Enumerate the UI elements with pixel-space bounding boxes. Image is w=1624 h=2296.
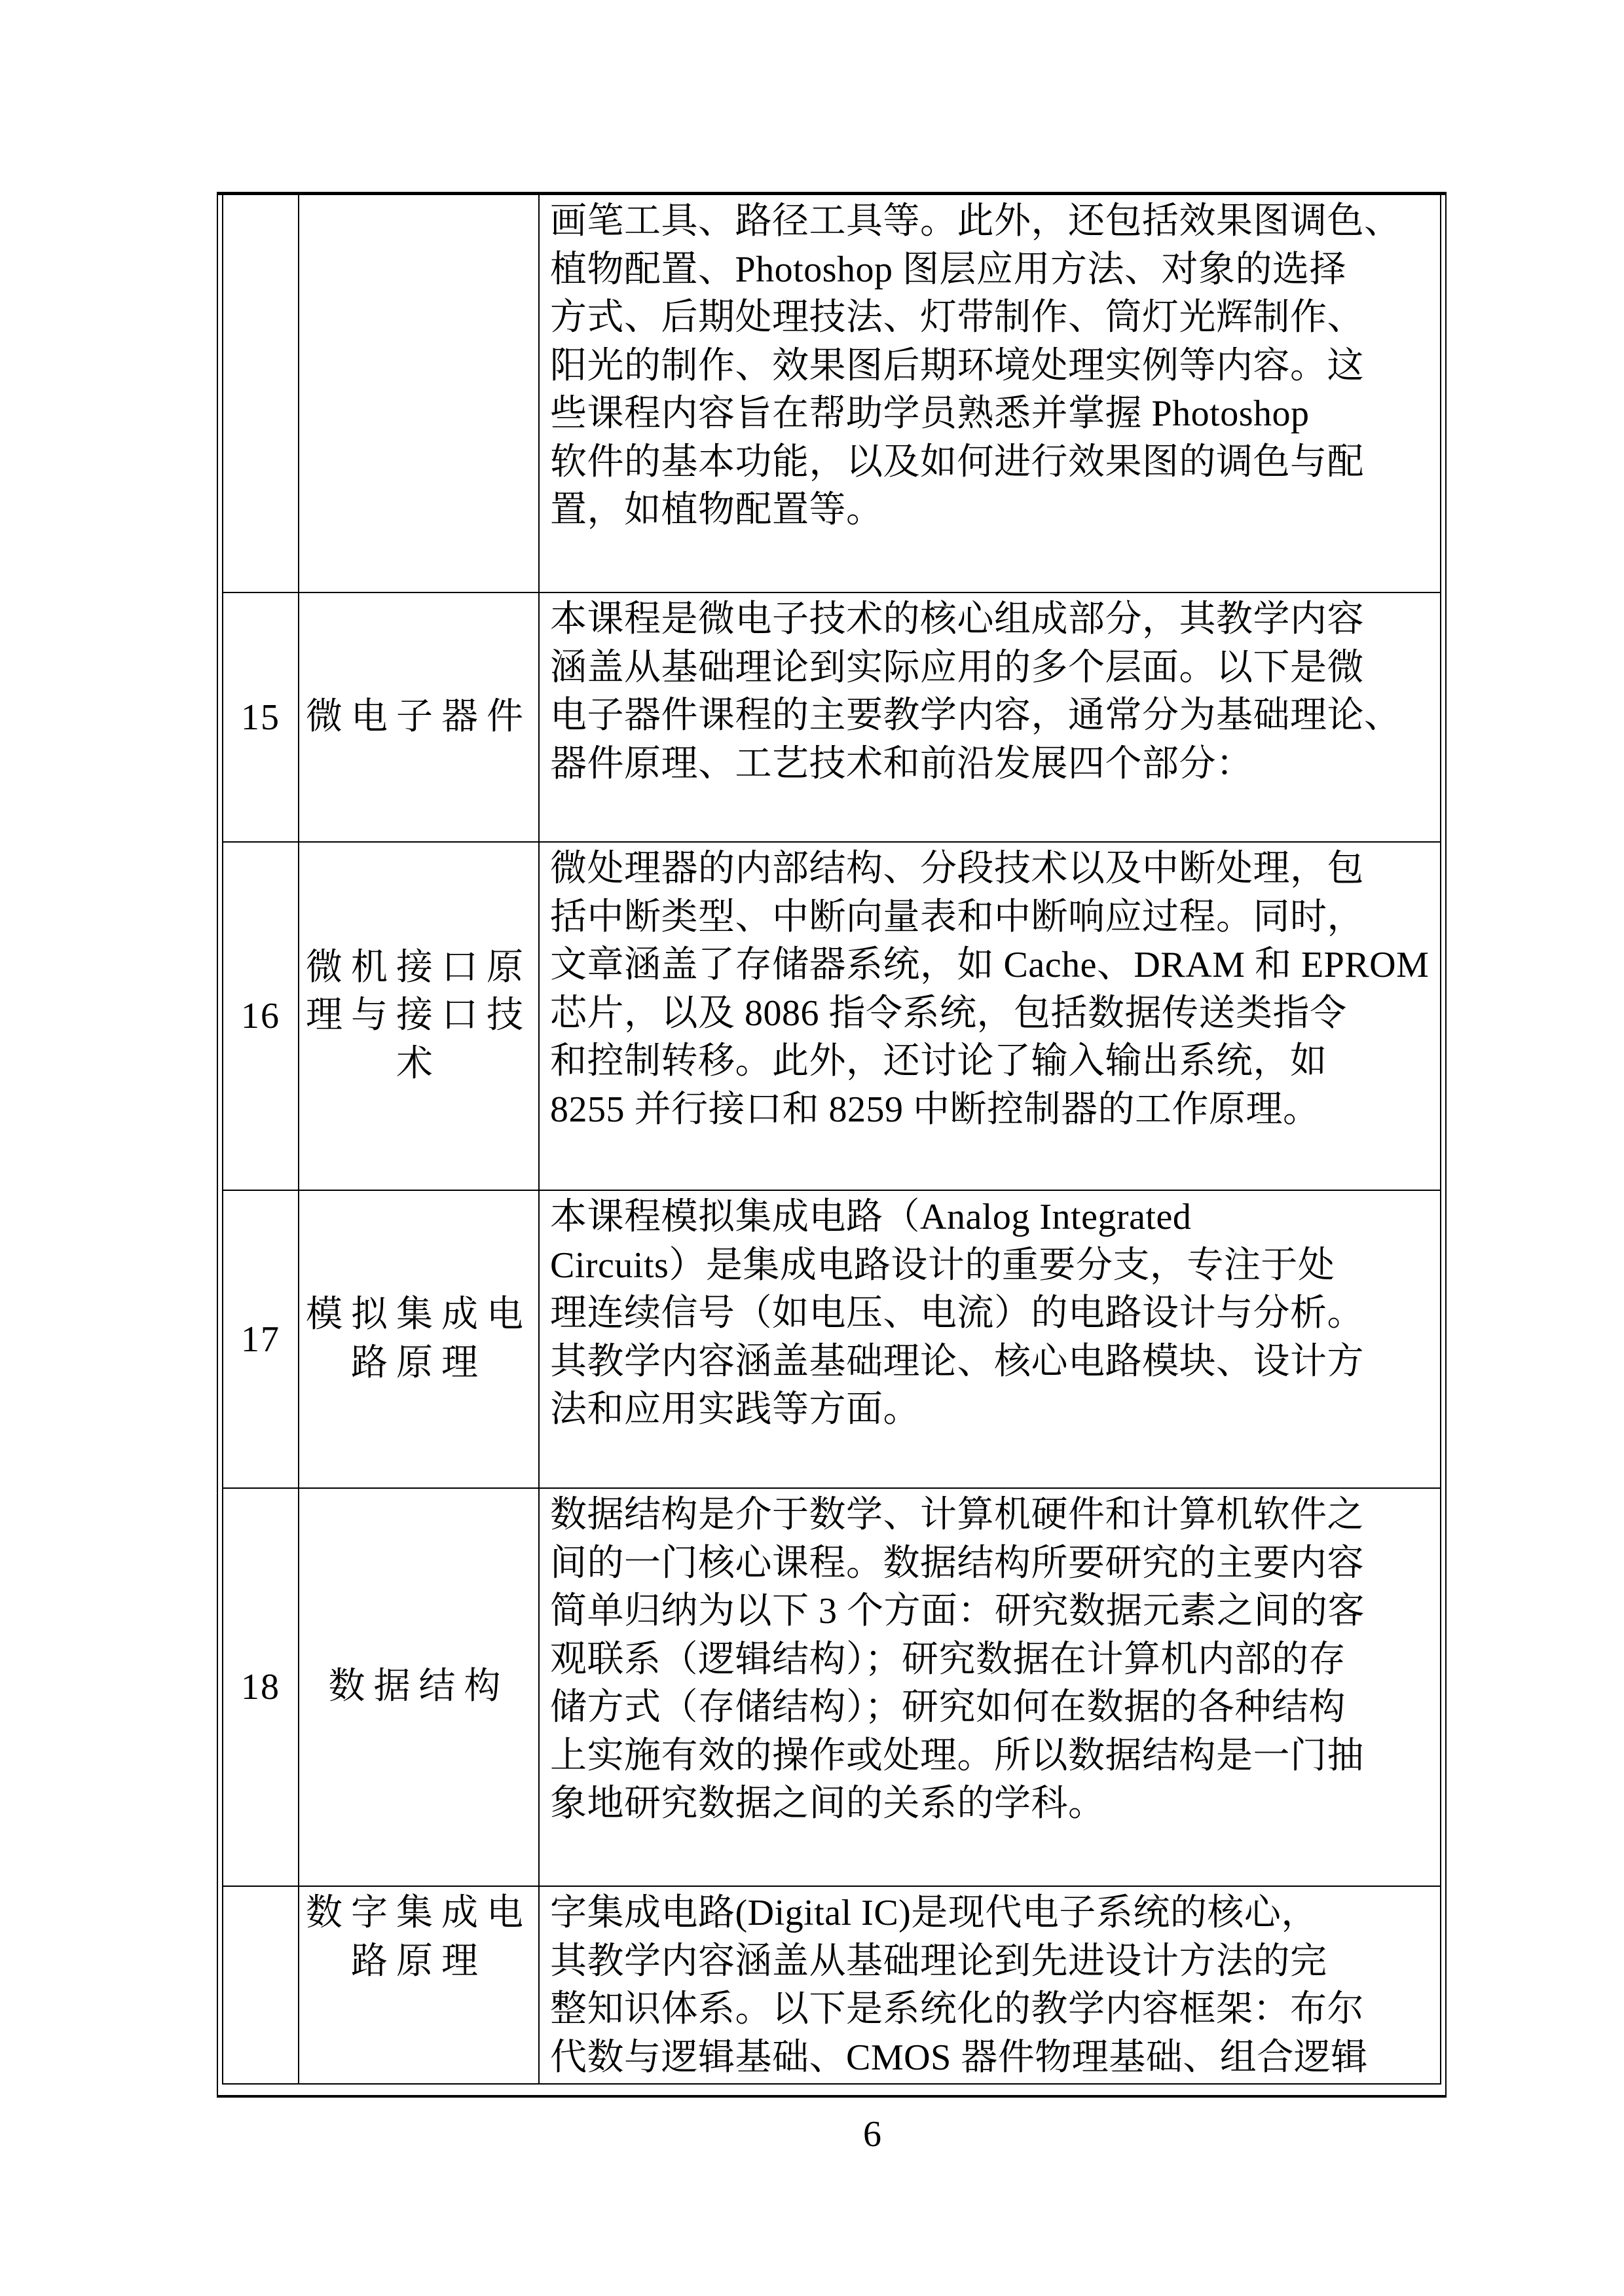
- desc-line: 其教学内容涵盖从基础理论到先进设计方法的完: [550, 1938, 1430, 1986]
- course-no-cell: 17: [223, 1191, 299, 1487]
- course-desc-cell: 微处理器的内部结构、分段技术以及中断处理，包 括中断类型、中断向量表和中断响应过…: [540, 843, 1440, 1190]
- course-name-cell: 数字集成电 路原理: [299, 1887, 540, 2083]
- desc-line: 文章涵盖了存储器系统，如 Cache、DRAM 和 EPROM: [550, 941, 1430, 990]
- course-no: 17: [241, 1319, 280, 1360]
- course-name: 数据结构: [329, 1663, 509, 1711]
- course-name-cell: 模拟集成电 路原理: [299, 1191, 540, 1487]
- desc-line: 芯片，以及 8086 指令系统，包括数据传送类指令: [550, 990, 1430, 1038]
- desc-line: 字集成电路(Digital IC)是现代电子系统的核心，: [550, 1889, 1430, 1938]
- desc-line: 储方式（存储结构）；研究如何在数据的各种结构: [550, 1684, 1430, 1732]
- desc-line: 数据结构是介于数学、计算机硬件和计算机软件之: [550, 1491, 1430, 1540]
- desc-line: 代数与逻辑基础、CMOS 器件物理基础、组合逻辑: [550, 2034, 1430, 2083]
- desc-line: 电子器件课程的主要教学内容，通常分为基础理论、: [550, 692, 1430, 740]
- desc-line: 间的一门核心课程。数据结构所要研究的主要内容: [550, 1540, 1430, 1588]
- desc-line: 些课程内容旨在帮助学员熟悉并掌握 Photoshop: [550, 390, 1430, 439]
- desc-line: 象地研究数据之间的关系的学科。: [550, 1780, 1430, 1829]
- course-name-cell: 数据结构: [299, 1489, 540, 1886]
- course-no-cell: 15: [223, 593, 299, 841]
- course-name-cell: 微电子器件: [299, 593, 540, 841]
- desc-line: Circuits）是集成电路设计的重要分支，专注于处: [550, 1242, 1430, 1290]
- desc-line: 括中断类型、中断向量表和中断响应过程。同时，: [550, 894, 1430, 942]
- course-name: 微机接口原 理与接口技 术: [306, 944, 532, 1089]
- desc-line: 涵盖从基础理论到实际应用的多个层面。以下是微: [550, 644, 1430, 693]
- desc-line: 法和应用实践等方面。: [550, 1386, 1430, 1434]
- table-row-partial: 数字集成电 路原理 字集成电路(Digital IC)是现代电子系统的核心， 其…: [223, 1887, 1440, 2083]
- desc-line: 8255 并行接口和 8259 中断控制器的工作原理。: [550, 1086, 1430, 1135]
- table-row-17: 17 模拟集成电 路原理 本课程模拟集成电路（Analog Integrated…: [223, 1191, 1440, 1489]
- course-desc-cell: 本课程是微电子技术的核心组成部分，其教学内容 涵盖从基础理论到实际应用的多个层面…: [540, 593, 1440, 841]
- course-no-cell: [223, 1887, 299, 2083]
- table-row-continued: 画笔工具、路径工具等。此外，还包括效果图调色、 植物配置、Photoshop 图…: [223, 195, 1440, 593]
- table-row-16: 16 微机接口原 理与接口技 术 微处理器的内部结构、分段技术以及中断处理，包 …: [223, 843, 1440, 1191]
- desc-line: 本课程是微电子技术的核心组成部分，其教学内容: [550, 596, 1430, 644]
- course-name-cell: 微机接口原 理与接口技 术: [299, 843, 540, 1190]
- course-table: 画笔工具、路径工具等。此外，还包括效果图调色、 植物配置、Photoshop 图…: [222, 195, 1441, 2085]
- course-table-outer-border: 画笔工具、路径工具等。此外，还包括效果图调色、 植物配置、Photoshop 图…: [217, 192, 1447, 2098]
- desc-line: 理连续信号（如电压、电流）的电路设计与分析。: [550, 1290, 1430, 1338]
- page-number: 6: [863, 2113, 881, 2155]
- course-desc-cell: 画笔工具、路径工具等。此外，还包括效果图调色、 植物配置、Photoshop 图…: [540, 195, 1440, 592]
- course-no: 18: [241, 1666, 280, 1708]
- course-no-cell: [223, 195, 299, 592]
- desc-line: 画笔工具、路径工具等。此外，还包括效果图调色、: [550, 198, 1430, 246]
- course-desc-cell: 本课程模拟集成电路（Analog Integrated Circuits）是集成…: [540, 1191, 1440, 1487]
- desc-line: 和控制转移。此外，还讨论了输入输出系统，如: [550, 1038, 1430, 1086]
- course-no-cell: 16: [223, 843, 299, 1190]
- desc-line: 软件的基本功能，以及如何进行效果图的调色与配: [550, 439, 1430, 487]
- desc-line: 方式、后期处理技法、灯带制作、筒灯光辉制作、: [550, 294, 1430, 342]
- desc-line: 上实施有效的操作或处理。所以数据结构是一门抽: [550, 1732, 1430, 1781]
- course-name: 微电子器件: [306, 693, 532, 742]
- desc-line: 置，如植物配置等。: [550, 486, 1430, 535]
- table-row-15: 15 微电子器件 本课程是微电子技术的核心组成部分，其教学内容 涵盖从基础理论到…: [223, 593, 1440, 843]
- course-no-cell: 18: [223, 1489, 299, 1886]
- course-no: 16: [241, 995, 280, 1037]
- desc-line: 观联系（逻辑结构）；研究数据在计算机内部的存: [550, 1636, 1430, 1685]
- desc-line: 本课程模拟集成电路（Analog Integrated: [550, 1194, 1430, 1242]
- course-name-cell: [299, 195, 540, 592]
- course-desc-cell: 数据结构是介于数学、计算机硬件和计算机软件之 间的一门核心课程。数据结构所要研究…: [540, 1489, 1440, 1886]
- desc-line: 其教学内容涵盖基础理论、核心电路模块、设计方: [550, 1338, 1430, 1387]
- course-name: 数字集成电 路原理: [306, 1889, 532, 1986]
- desc-line: 植物配置、Photoshop 图层应用方法、对象的选择: [550, 246, 1430, 295]
- course-no: 15: [241, 697, 280, 738]
- table-row-18: 18 数据结构 数据结构是介于数学、计算机硬件和计算机软件之 间的一门核心课程。…: [223, 1489, 1440, 1887]
- desc-line: 整知识体系。以下是系统化的教学内容框架：布尔: [550, 1986, 1430, 2034]
- desc-line: 阳光的制作、效果图后期环境处理实例等内容。这: [550, 342, 1430, 391]
- course-desc-cell: 字集成电路(Digital IC)是现代电子系统的核心， 其教学内容涵盖从基础理…: [540, 1887, 1440, 2083]
- course-name: 模拟集成电 路原理: [306, 1291, 532, 1387]
- desc-line: 器件原理、工艺技术和前沿发展四个部分：: [550, 740, 1430, 789]
- desc-line: 简单归纳为以下 3 个方面：研究数据元素之间的客: [550, 1588, 1430, 1636]
- desc-line: 微处理器的内部结构、分段技术以及中断处理，包: [550, 845, 1430, 894]
